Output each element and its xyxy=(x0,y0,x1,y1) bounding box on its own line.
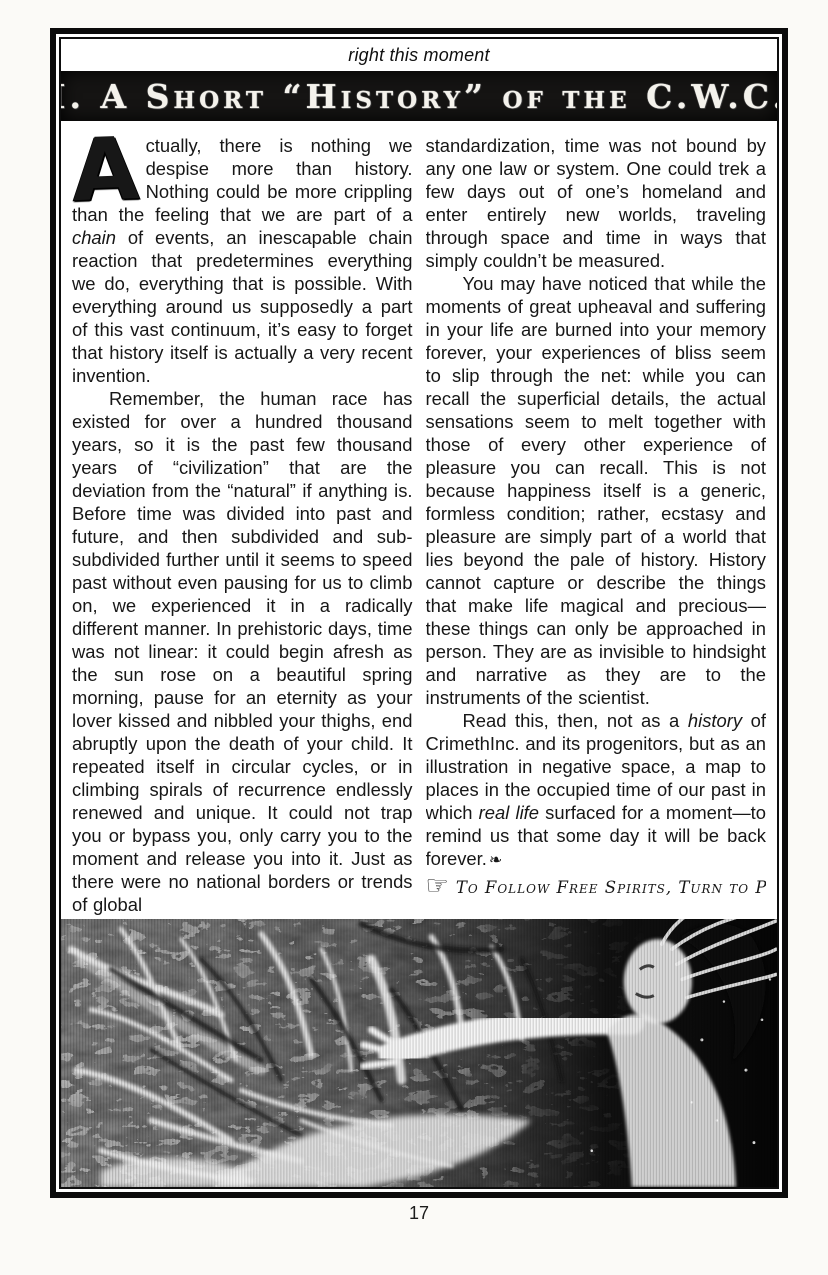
paragraph-4-text: Read this, then, not as a xyxy=(463,710,688,731)
paragraph-2-part1: Remember, the human race has existed for… xyxy=(72,387,413,916)
paragraph-4: Read this, then, not as a history of Cri… xyxy=(426,709,767,872)
scanned-zine-page: { "page": { "running_head": "right this … xyxy=(0,0,828,1275)
page-number: 17 xyxy=(50,1203,788,1224)
paragraph-1-text-end: of events, an inescapable chain reaction… xyxy=(72,227,413,386)
paragraph-3: You may have noticed that while the mome… xyxy=(426,272,767,709)
paragraph-1: Actually, there is nothing we despise mo… xyxy=(72,134,413,387)
page-title: I. A Short “History” of the C.W.C. xyxy=(59,77,779,116)
cross-reference-note: ☞ To Follow Free Spirits, Turn to Page 4… xyxy=(426,875,767,899)
article-body: Actually, there is nothing we despise mo… xyxy=(61,121,777,919)
italic-history: history xyxy=(688,710,742,731)
running-head-text: right this moment xyxy=(348,45,489,66)
running-head: right this moment xyxy=(61,39,777,71)
drop-cap: A xyxy=(72,134,147,203)
title-banner: I. A Short “History” of the C.W.C. xyxy=(61,71,777,121)
cross-reference-text: To Follow Free Spirits, Turn to Page xyxy=(456,878,766,897)
paragraph-2-part2: standardization, time was not bound by a… xyxy=(426,134,767,272)
italic-real-life: real life xyxy=(479,802,539,823)
pointing-hand-icon: ☞ xyxy=(426,877,450,895)
fleuron-icon: ❧ xyxy=(489,852,502,869)
halftone-illustration xyxy=(61,919,777,1187)
column-left: Actually, there is nothing we despise mo… xyxy=(72,134,413,919)
page-frame: right this moment I. A Short “History” o… xyxy=(50,28,788,1198)
italic-chain: chain xyxy=(72,227,116,248)
column-right: standardization, time was not bound by a… xyxy=(426,134,767,919)
reclining-figure-engraving xyxy=(61,919,777,1187)
page-inner-frame: right this moment I. A Short “History” o… xyxy=(59,37,779,1189)
